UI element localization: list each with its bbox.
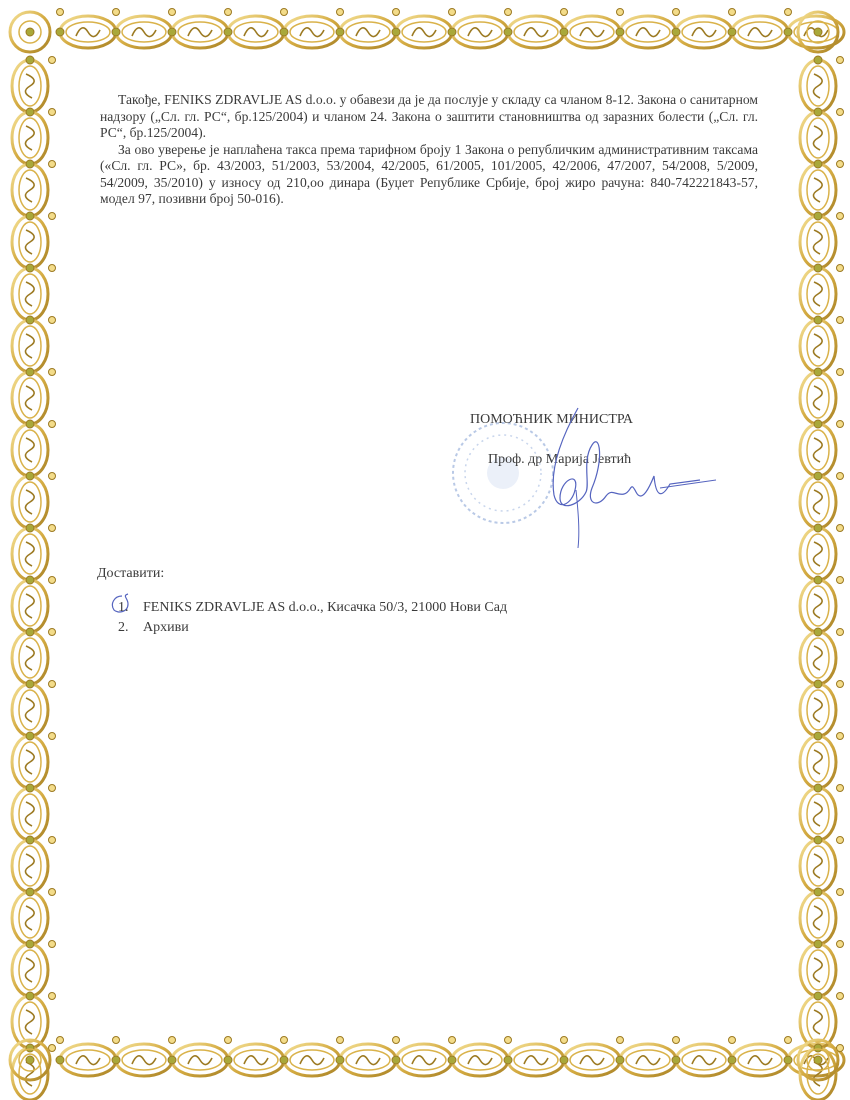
delivery-label: Доставити:: [97, 566, 164, 582]
paragraph-obligations: Такође, FENIKS ZDRAVLJE AS d.o.o. у обав…: [100, 92, 758, 142]
delivery-list: 1.FENIKS ZDRAVLJE AS d.o.o., Кисачка 50/…: [118, 598, 507, 638]
handwritten-signature: [520, 400, 720, 560]
paragraph-fee: За ово уверење је наплаћена такса према …: [100, 142, 758, 208]
delivery-item: 2.Архиви: [118, 618, 507, 638]
delivery-item: 1.FENIKS ZDRAVLJE AS d.o.o., Кисачка 50/…: [118, 598, 507, 618]
document-body: Такође, FENIKS ZDRAVLJE AS d.o.o. у обав…: [100, 92, 758, 208]
